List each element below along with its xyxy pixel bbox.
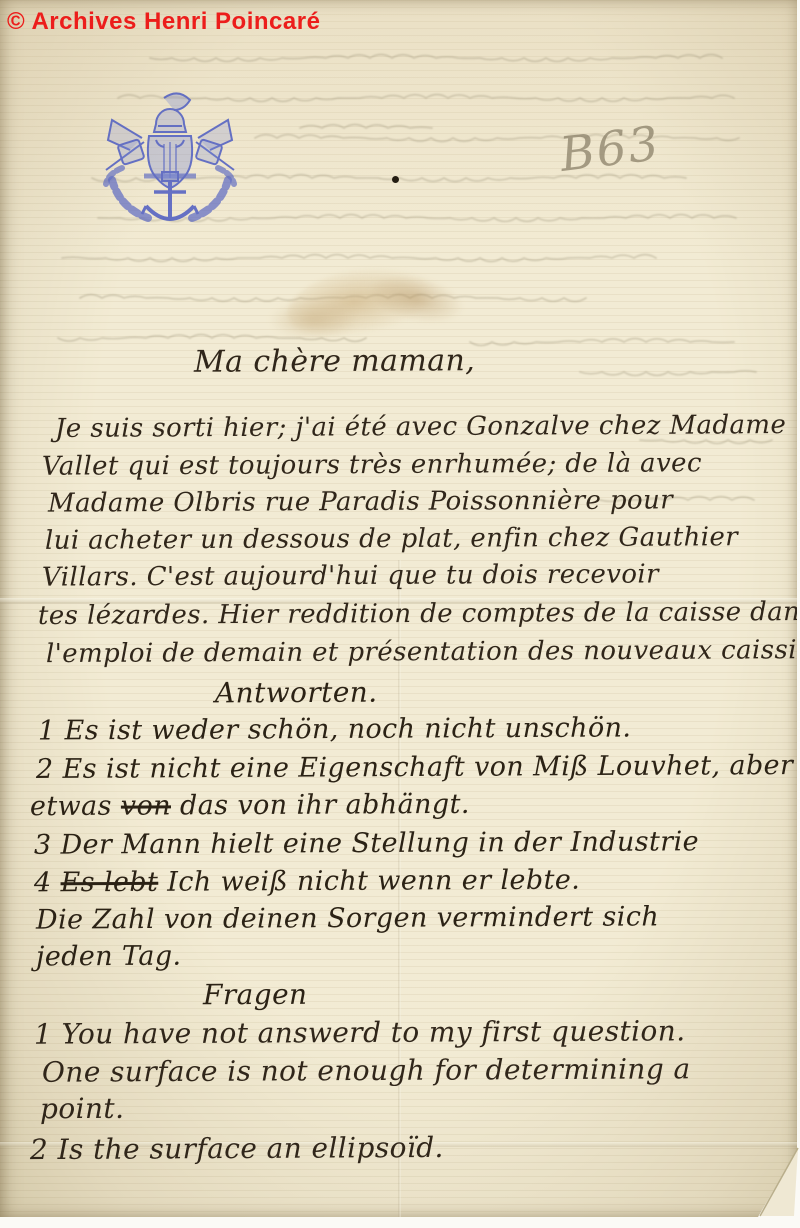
letter-line: 2 Is the surface an ellipsoïd. [30, 1131, 444, 1166]
letter-line: Die Zahl von deinen Sorgen vermindert si… [36, 901, 659, 935]
letter-line: l'emploi de demain et présentation des n… [46, 635, 800, 669]
ink-dot [392, 176, 399, 183]
letter-text: etwas [30, 791, 121, 822]
letter-line: 1 You have not answerd to my first quest… [34, 1014, 686, 1050]
letter-line: 1 Es ist weder schön, noch nicht unschön… [38, 712, 631, 746]
section-heading-fragen: Fragen [203, 978, 308, 1012]
letter-line: etwas von das von ihr abhängt. [30, 789, 470, 822]
letter-line: Villars. C'est aujourd'hui que tu dois r… [42, 559, 659, 592]
crest-emblem-icon [92, 84, 248, 234]
letter-salutation: Ma chère maman, [194, 343, 475, 379]
letter-line: One surface is not enough for determinin… [42, 1052, 691, 1088]
letter-line: lui acheter un dessous de plat, enfin ch… [45, 522, 738, 556]
stain [268, 300, 358, 340]
letter-line: jeden Tag. [36, 941, 182, 973]
letter-line: Je suis sorti hier; j'ai été avec Gonzal… [55, 410, 786, 444]
scanned-letter-page: B63 Ma chère maman, Je suis sorti hier; … [0, 0, 800, 1228]
folded-corner [730, 1134, 800, 1224]
letter-line: 3 Der Mann hielt eine Stellung in der In… [34, 826, 699, 860]
copyright-watermark: © Archives Henri Poincaré [7, 8, 320, 36]
letter-text: Ich weiß nicht wenn er lebte. [158, 865, 580, 898]
struck-word: von [121, 790, 171, 821]
struck-word: Es lebt [60, 867, 158, 899]
letter-paper: B63 Ma chère maman, Je suis sorti hier; … [0, 0, 797, 1217]
letter-text: das von ihr abhängt. [171, 789, 470, 822]
letter-line: 4 Es lebt Ich weiß nicht wenn er lebte. [34, 865, 580, 899]
letter-line: 2 Es ist nicht eine Eigenschaft von Miß … [36, 750, 793, 785]
letter-line: Vallet qui est toujours très enrhumée; d… [42, 448, 702, 481]
letter-line: tes lézardes. Hier reddition de comptes … [38, 597, 800, 631]
section-heading-antworten: Antworten. [215, 676, 378, 710]
letter-text: 4 [34, 867, 61, 898]
letter-line: point. [40, 1092, 124, 1125]
letter-line: Madame Olbris rue Paradis Poissonnière p… [48, 485, 673, 518]
